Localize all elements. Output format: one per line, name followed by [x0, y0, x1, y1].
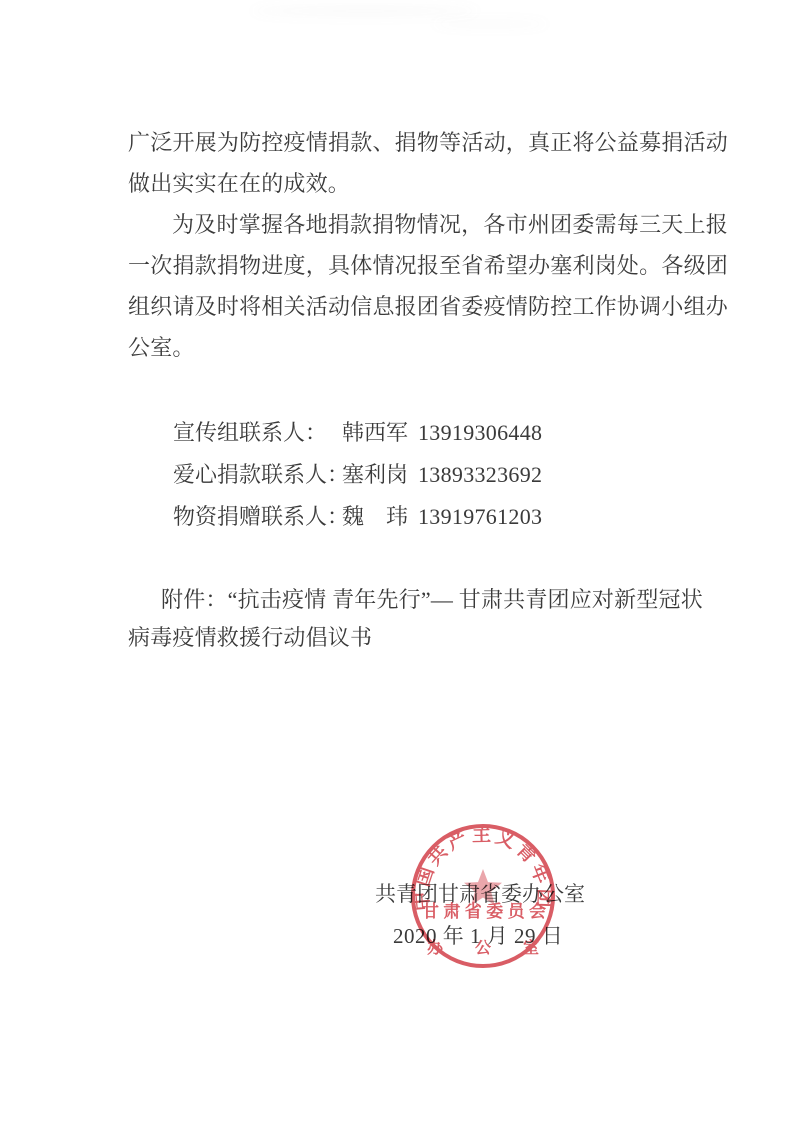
body-line: 做出实实在在的成效。: [128, 163, 728, 204]
body-line: 一次捐款捐物进度，具体情况报至省希望办塞利岗处。各级团: [128, 245, 728, 286]
seal-committee-text: 甘肃省委员会: [422, 901, 546, 921]
contact-name: 魏 玮: [342, 496, 418, 538]
seal-ring-text: 中国共产主义青年团: [409, 823, 555, 912]
contact-phone: 13919306448: [418, 412, 542, 454]
contact-label: 爱心捐款联系人：: [173, 454, 342, 496]
body-line: 为及时掌握各地捐款捐物情况，各市州团委需每三天上报: [128, 204, 728, 245]
body-line: 公室。: [128, 327, 728, 368]
contact-list: 宣传组联系人： 韩西军 13919306448 爱心捐款联系人： 塞利岗 138…: [173, 412, 653, 538]
body-line: 组织请及时将相关活动信息报团省委疫情防控工作协调小组办: [128, 286, 728, 327]
contact-row: 物资捐赠联系人： 魏 玮 13919761203: [173, 496, 653, 538]
contact-row: 宣传组联系人： 韩西军 13919306448: [173, 412, 653, 454]
body-paragraphs: 广泛开展为防控疫情捐款、捐物等活动，真正将公益募捐活动 做出实实在在的成效。 为…: [128, 122, 728, 368]
contact-name: 塞利岗: [342, 454, 418, 496]
attachment-note: 附件：“抗击疫情 青年先行”— 甘肃共青团应对新型冠状 病毒疫情救援行动倡议书: [128, 581, 738, 657]
contact-label: 物资捐赠联系人：: [173, 496, 342, 538]
document-page: 广泛开展为防控疫情捐款、捐物等活动，真正将公益募捐活动 做出实实在在的成效。 为…: [0, 0, 795, 1123]
body-line: 广泛开展为防控疫情捐款、捐物等活动，真正将公益募捐活动: [128, 122, 728, 163]
attachment-line: 病毒疫情救援行动倡议书: [128, 619, 738, 657]
scan-smudge: [250, 6, 480, 16]
contact-row: 爱心捐款联系人： 塞利岗 13893323692: [173, 454, 653, 496]
contact-phone: 13893323692: [418, 454, 542, 496]
seal-star-icon: [464, 869, 502, 905]
contact-name: 韩西军: [342, 412, 418, 454]
attachment-line: 附件：“抗击疫情 青年先行”— 甘肃共青团应对新型冠状: [128, 581, 738, 619]
scan-smudge: [430, 20, 550, 28]
contact-phone: 13919761203: [418, 496, 542, 538]
official-seal-stamp: 中国共产主义青年团 甘肃省委员会 办公室: [398, 811, 568, 981]
contact-label: 宣传组联系人：: [173, 412, 342, 454]
